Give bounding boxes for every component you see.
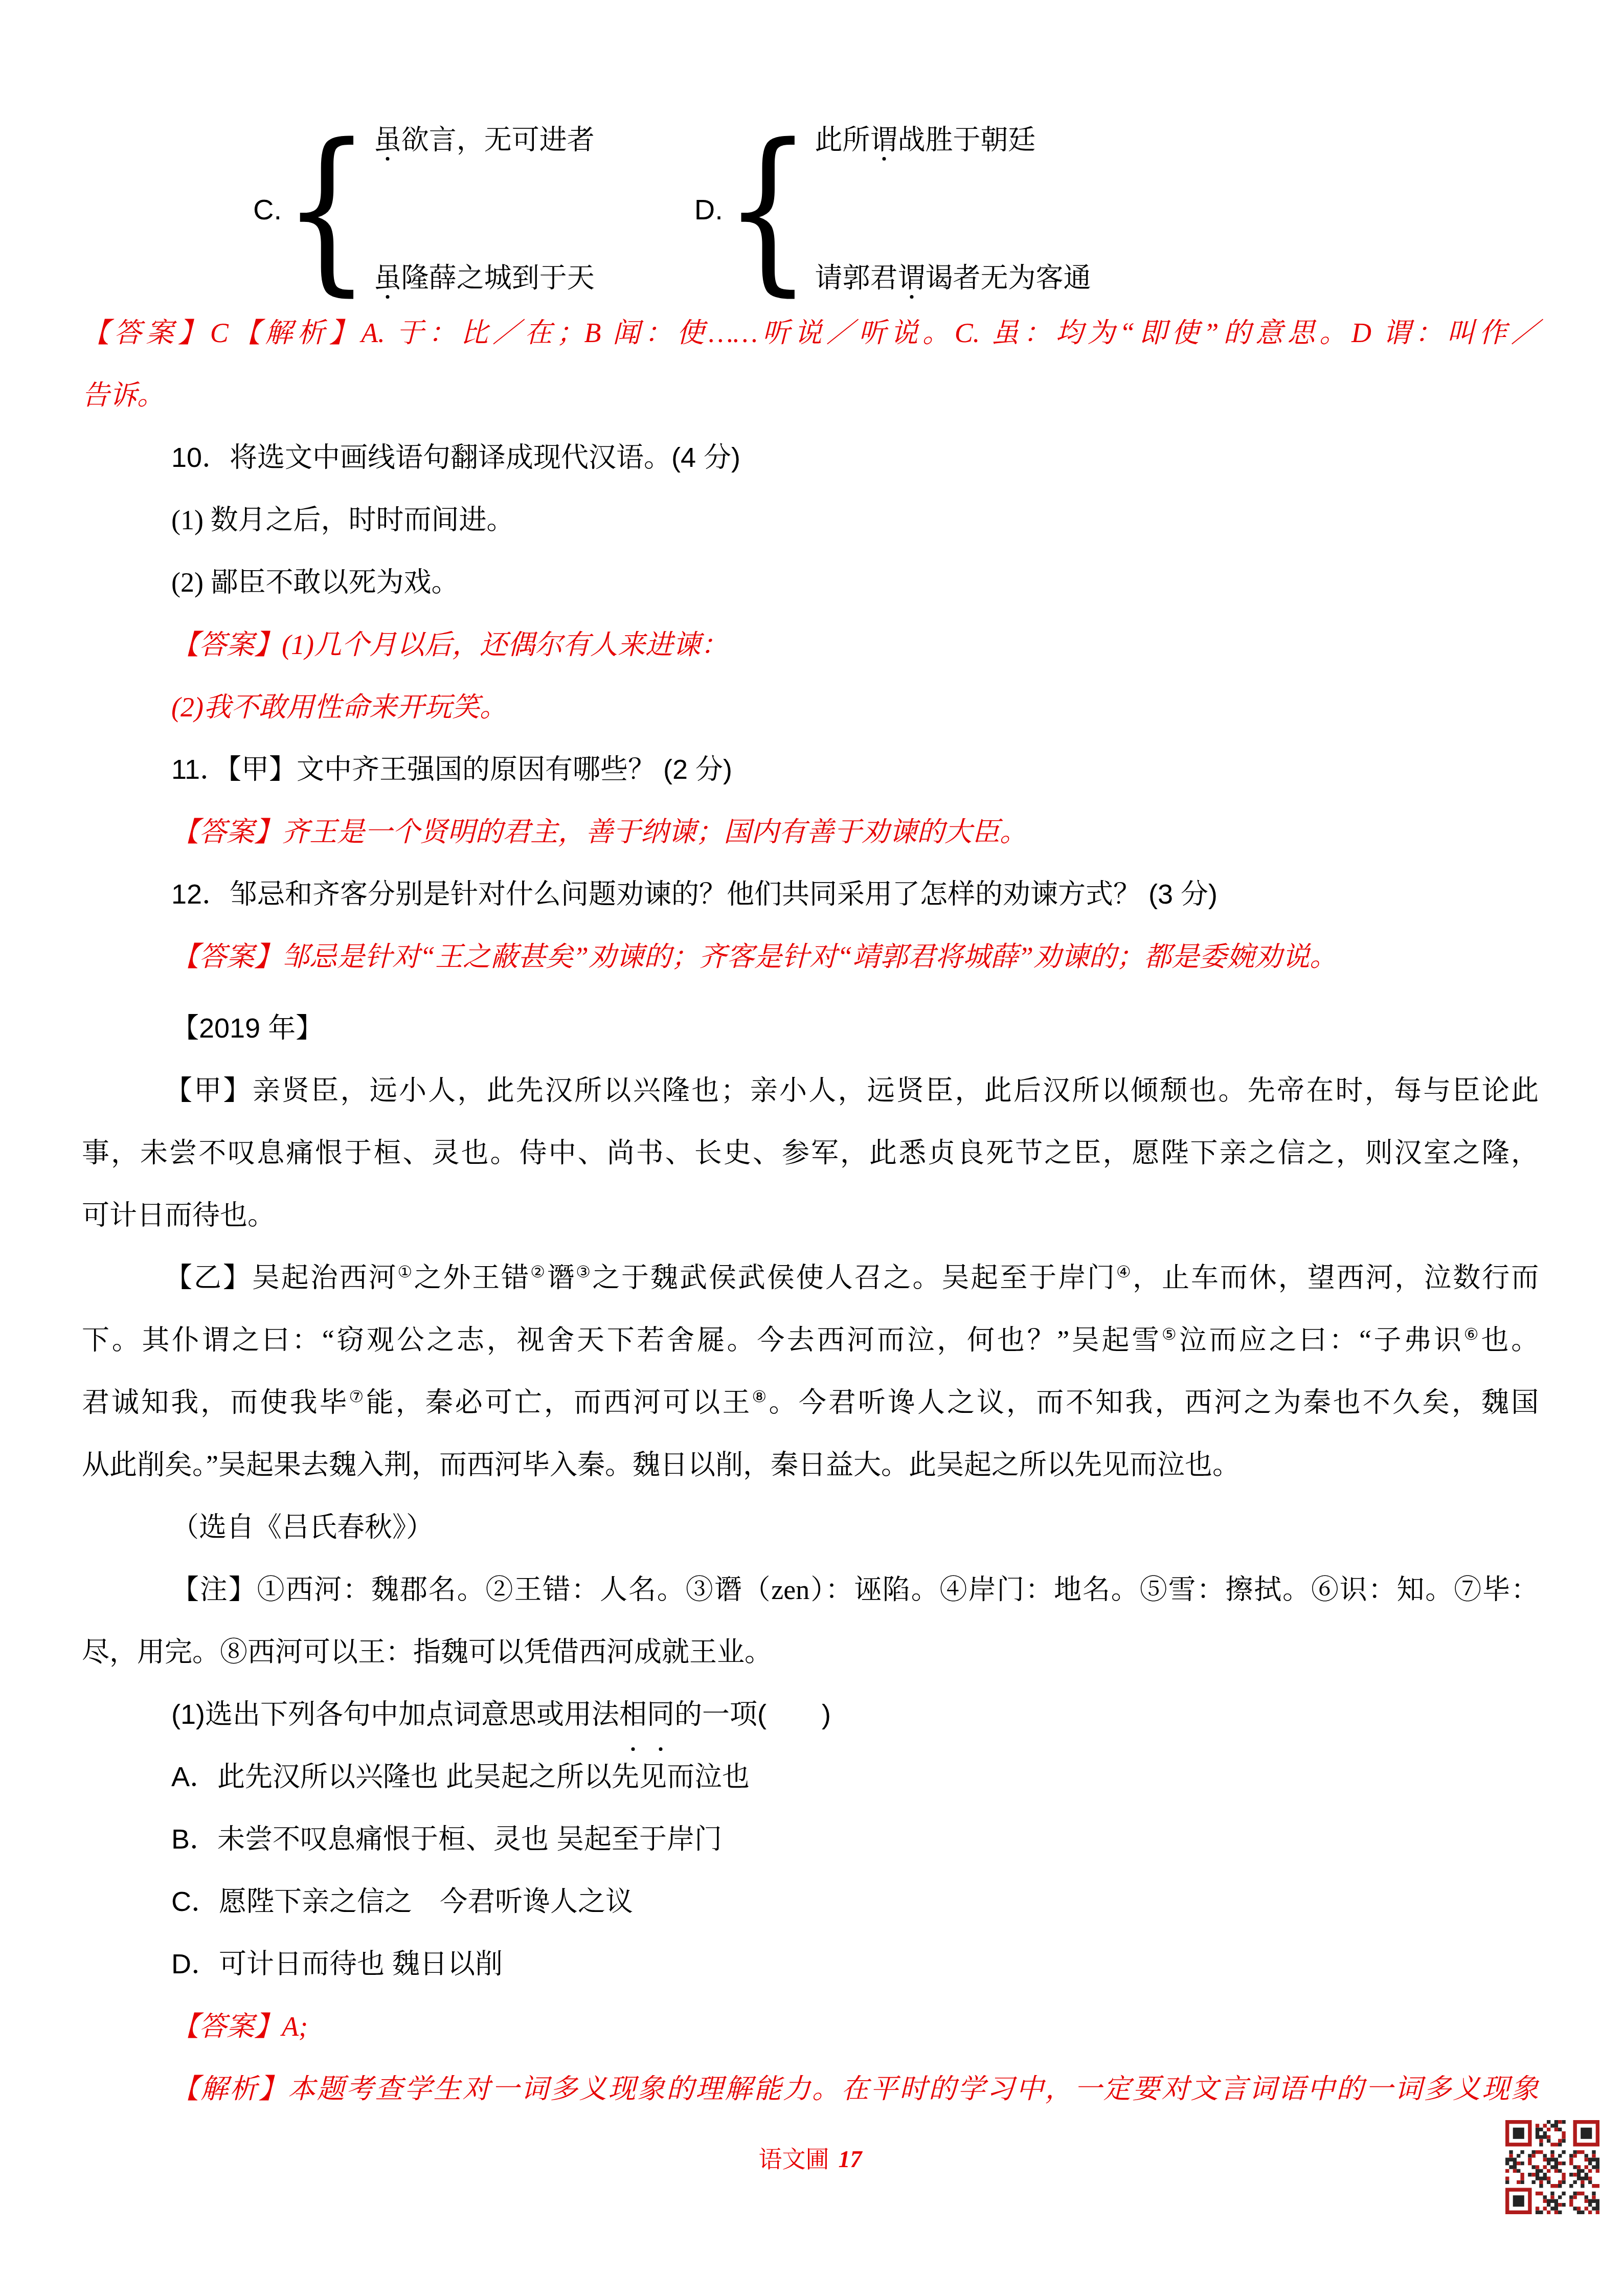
option-d-bottom-phrase: 请郭君谓谒者无为客通 xyxy=(815,263,1091,294)
footer: 语文圃17 xyxy=(82,2144,1539,2175)
passage-yi-line-2: 下。其仆谓之曰：“窃观公之志，视舍天下若舍屣。今去西河而泣，何也？”吴起雪⑤泣而… xyxy=(82,1309,1539,1371)
option-c-top-phrase: 虽欲言，无可进者 xyxy=(374,125,595,155)
q12-answer: 【答案】邹忌是针对“王之蔽甚矣”劝谏的；齐客是针对“靖郭君将城薛”劝谏的；都是委… xyxy=(82,926,1539,988)
year-2019-heading: 【2019 年】 xyxy=(82,997,1539,1060)
curly-brace-icon: { xyxy=(283,121,371,298)
passage-source: （选自《吕氏春秋》） xyxy=(82,1496,1539,1559)
option-d-phrases: 此所谓战胜于朝廷 请郭君谓谒者无为客通 xyxy=(815,125,1091,294)
q9-answer-line-2: 告诉。 xyxy=(82,364,1539,426)
q9-option-pairs: C. { 虽欲言，无可进者 虽隆薛之城到于天 D. { 此所谓战胜于朝廷 请郭君… xyxy=(82,117,1539,302)
sub-q1-stem: (1)选出下列各句中加点词意思或用法相同的一项( ) xyxy=(82,1683,1539,1746)
q11-answer: 【答案】齐王是一个贤明的君主，善于纳谏；国内有善于劝谏的大臣。 xyxy=(82,801,1539,863)
passage-yi-line-1: 【乙】吴起治西河①之外王错②谮③之于魏武侯武侯使人召之。吴起至于岸门④，止车而休… xyxy=(82,1247,1539,1309)
sub-q1-option-c: C．愿陛下亲之信之 今君听谗人之议 xyxy=(82,1871,1539,1933)
option-d-top-phrase: 此所谓战胜于朝廷 xyxy=(815,125,1091,155)
q10-answer-line-1: 【答案】(1)几个月以后，还偶尔有人来进谏： xyxy=(82,614,1539,676)
option-d-label: D. xyxy=(694,193,723,226)
page-content: C. { 虽欲言，无可进者 虽隆薛之城到于天 D. { 此所谓战胜于朝廷 请郭君… xyxy=(0,117,1623,2175)
q10-item-2: (2) 鄙臣不敢以死为戏。 xyxy=(82,551,1539,614)
curly-brace-icon: { xyxy=(724,121,812,298)
sub-q1-option-a: A．此先汉所以兴隆也 此吴起之所以先见而泣也 xyxy=(82,1746,1539,1808)
option-d-group: D. { 此所谓战胜于朝廷 请郭君谓谒者无为客通 xyxy=(694,125,1091,294)
qr-code xyxy=(1505,2120,1599,2214)
sub-q1-option-b: B．未尝不叹息痛恨于桓、灵也 吴起至于岸门 xyxy=(82,1808,1539,1871)
q10-title: 10．将选文中画线语句翻译成现代汉语。(4 分) xyxy=(82,426,1539,489)
sub-q1-option-d: D．可计日而待也 魏日以削 xyxy=(82,1933,1539,1995)
option-c-bottom-phrase: 虽隆薛之城到于天 xyxy=(374,263,595,294)
passage-jia-line-1: 【甲】亲贤臣，远小人，此先汉所以兴隆也；亲小人，远贤臣，此后汉所以倾颓也。先帝在… xyxy=(82,1060,1539,1122)
sub-q1-answer: 【答案】A; xyxy=(82,1995,1539,2058)
passage-yi-line-4: 从此削矣。”吴起果去魏入荆，而西河毕入秦。魏日以削，秦日益大。此吴起之所以先见而… xyxy=(82,1434,1539,1496)
notes-line-1: 【注】①西河：魏郡名。②王错：人名。③谮（zen）：诬陷。④岸门：地名。⑤雪：擦… xyxy=(82,1559,1539,1621)
option-c-group: C. { 虽欲言，无可进者 虽隆薛之城到于天 xyxy=(253,125,595,294)
passage-jia-line-2: 事，未尝不叹息痛恨于桓、灵也。侍中、尚书、长史、参军，此悉贞良死节之臣，愿陛下亲… xyxy=(82,1122,1539,1184)
q11-title: 11．【甲】文中齐王强国的原因有哪些？ (2 分) xyxy=(82,738,1539,801)
sub-q1-analysis: 【解析】本题考查学生对一词多义现象的理解能力。在平时的学习中，一定要对文言词语中… xyxy=(82,2058,1539,2120)
option-c-label: C. xyxy=(253,193,282,226)
q12-title: 12．邹忌和齐客分别是针对什么问题劝谏的？他们共同采用了怎样的劝谏方式？ (3 … xyxy=(82,863,1539,926)
q10-item-1: (1) 数月之后，时时而间进。 xyxy=(82,489,1539,551)
notes-line-2: 尽，用完。⑧西河可以王：指魏可以凭借西河成就王业。 xyxy=(82,1621,1539,1683)
passage-jia-line-3: 可计日而待也。 xyxy=(82,1184,1539,1247)
footer-brand: 语文圃 xyxy=(759,2146,829,2172)
passage-yi-line-3: 君诚知我，而使我毕⑦能，秦必可亡，而西河可以王⑧。今君听谗人之议，而不知我，西河… xyxy=(82,1371,1539,1434)
q10-answer-line-2: (2)我不敢用性命来开玩笑。 xyxy=(82,676,1539,738)
footer-page-number: 17 xyxy=(839,2146,862,2172)
option-c-phrases: 虽欲言，无可进者 虽隆薛之城到于天 xyxy=(374,125,595,294)
